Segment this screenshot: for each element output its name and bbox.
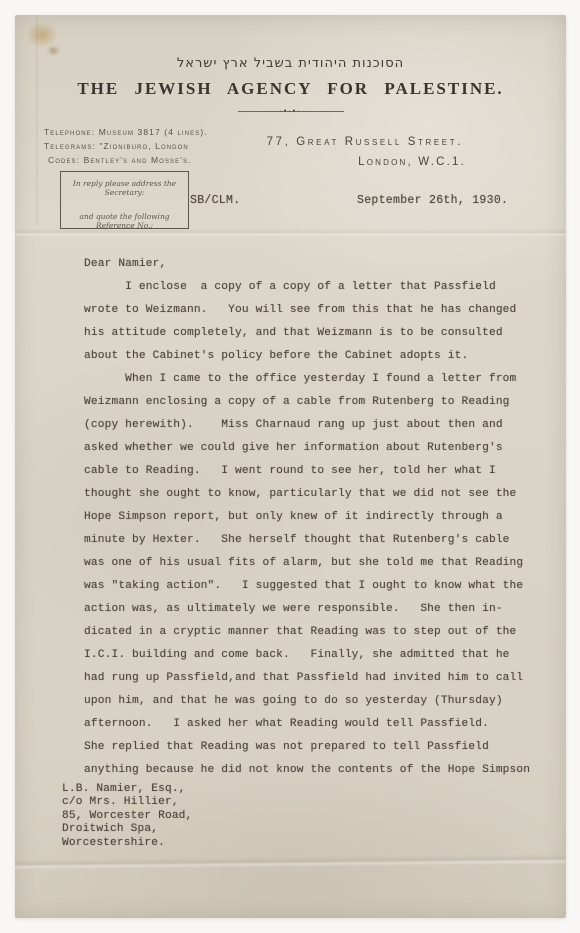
telephone-line: Telephone: Museum 3817 (4 lines). [44, 127, 208, 141]
recipient-address-line: 85, Worcester Road, [62, 810, 192, 823]
recipient-address-block: L.B. Namier, Esq.,c/o Mrs. Hillier,85, W… [62, 783, 192, 850]
telegrams-line: Telegrams: "Zioniburo, London [44, 141, 208, 155]
letterhead-divider: ·•·•· [238, 111, 344, 112]
divider-ornament-icon: ·•·•· [280, 107, 302, 116]
codes-line: Codes: Bentley's and Mosse's. [44, 155, 208, 169]
paper-crease-left [35, 15, 39, 225]
reference-instruction-box: In reply please address the Secretary: a… [60, 171, 189, 229]
recipient-address-line: L.B. Namier, Esq., [62, 783, 192, 796]
recipient-address-line: Droitwich Spa, [62, 823, 192, 836]
paper-crease-bottom [15, 854, 566, 870]
letter-paper: הסוכנות היהודית בשביל ארץ ישראל THE JEWI… [15, 15, 566, 918]
letter-date: September 26th, 1930. [357, 194, 508, 207]
recipient-address-line: c/o Mrs. Hillier, [62, 796, 192, 809]
scanned-letter-stage: הסוכנות היהודית בשביל ארץ ישראל THE JEWI… [0, 0, 580, 933]
letter-paragraph: Dear Namier, [84, 253, 556, 276]
letterhead-english-title: THE JEWISH AGENCY FOR PALESTINE. [15, 79, 566, 99]
letter-body: Dear Namier, I enclose a copy of a copy … [84, 253, 556, 782]
letterhead-street-address: 77, Great Russell Street. [267, 136, 463, 148]
letter-paragraph: I enclose a copy of a copy of a letter t… [84, 276, 556, 368]
reference-box-line1: In reply please address the Secretary: [61, 179, 188, 197]
reference-box-line2: and quote the following Reference No.: [61, 212, 188, 230]
letterhead-city-address: London, W.C.1. [358, 156, 466, 168]
reference-code: SB/CLM. [190, 194, 240, 207]
letterhead-contact-block: Telephone: Museum 3817 (4 lines). Telegr… [44, 127, 208, 169]
paper-crease-top [15, 229, 566, 237]
letter-paragraph: When I came to the office yesterday I fo… [84, 368, 556, 782]
letterhead-hebrew-title: הסוכנות היהודית בשביל ארץ ישראל [15, 56, 566, 71]
recipient-address-line: Worcestershire. [62, 837, 192, 850]
